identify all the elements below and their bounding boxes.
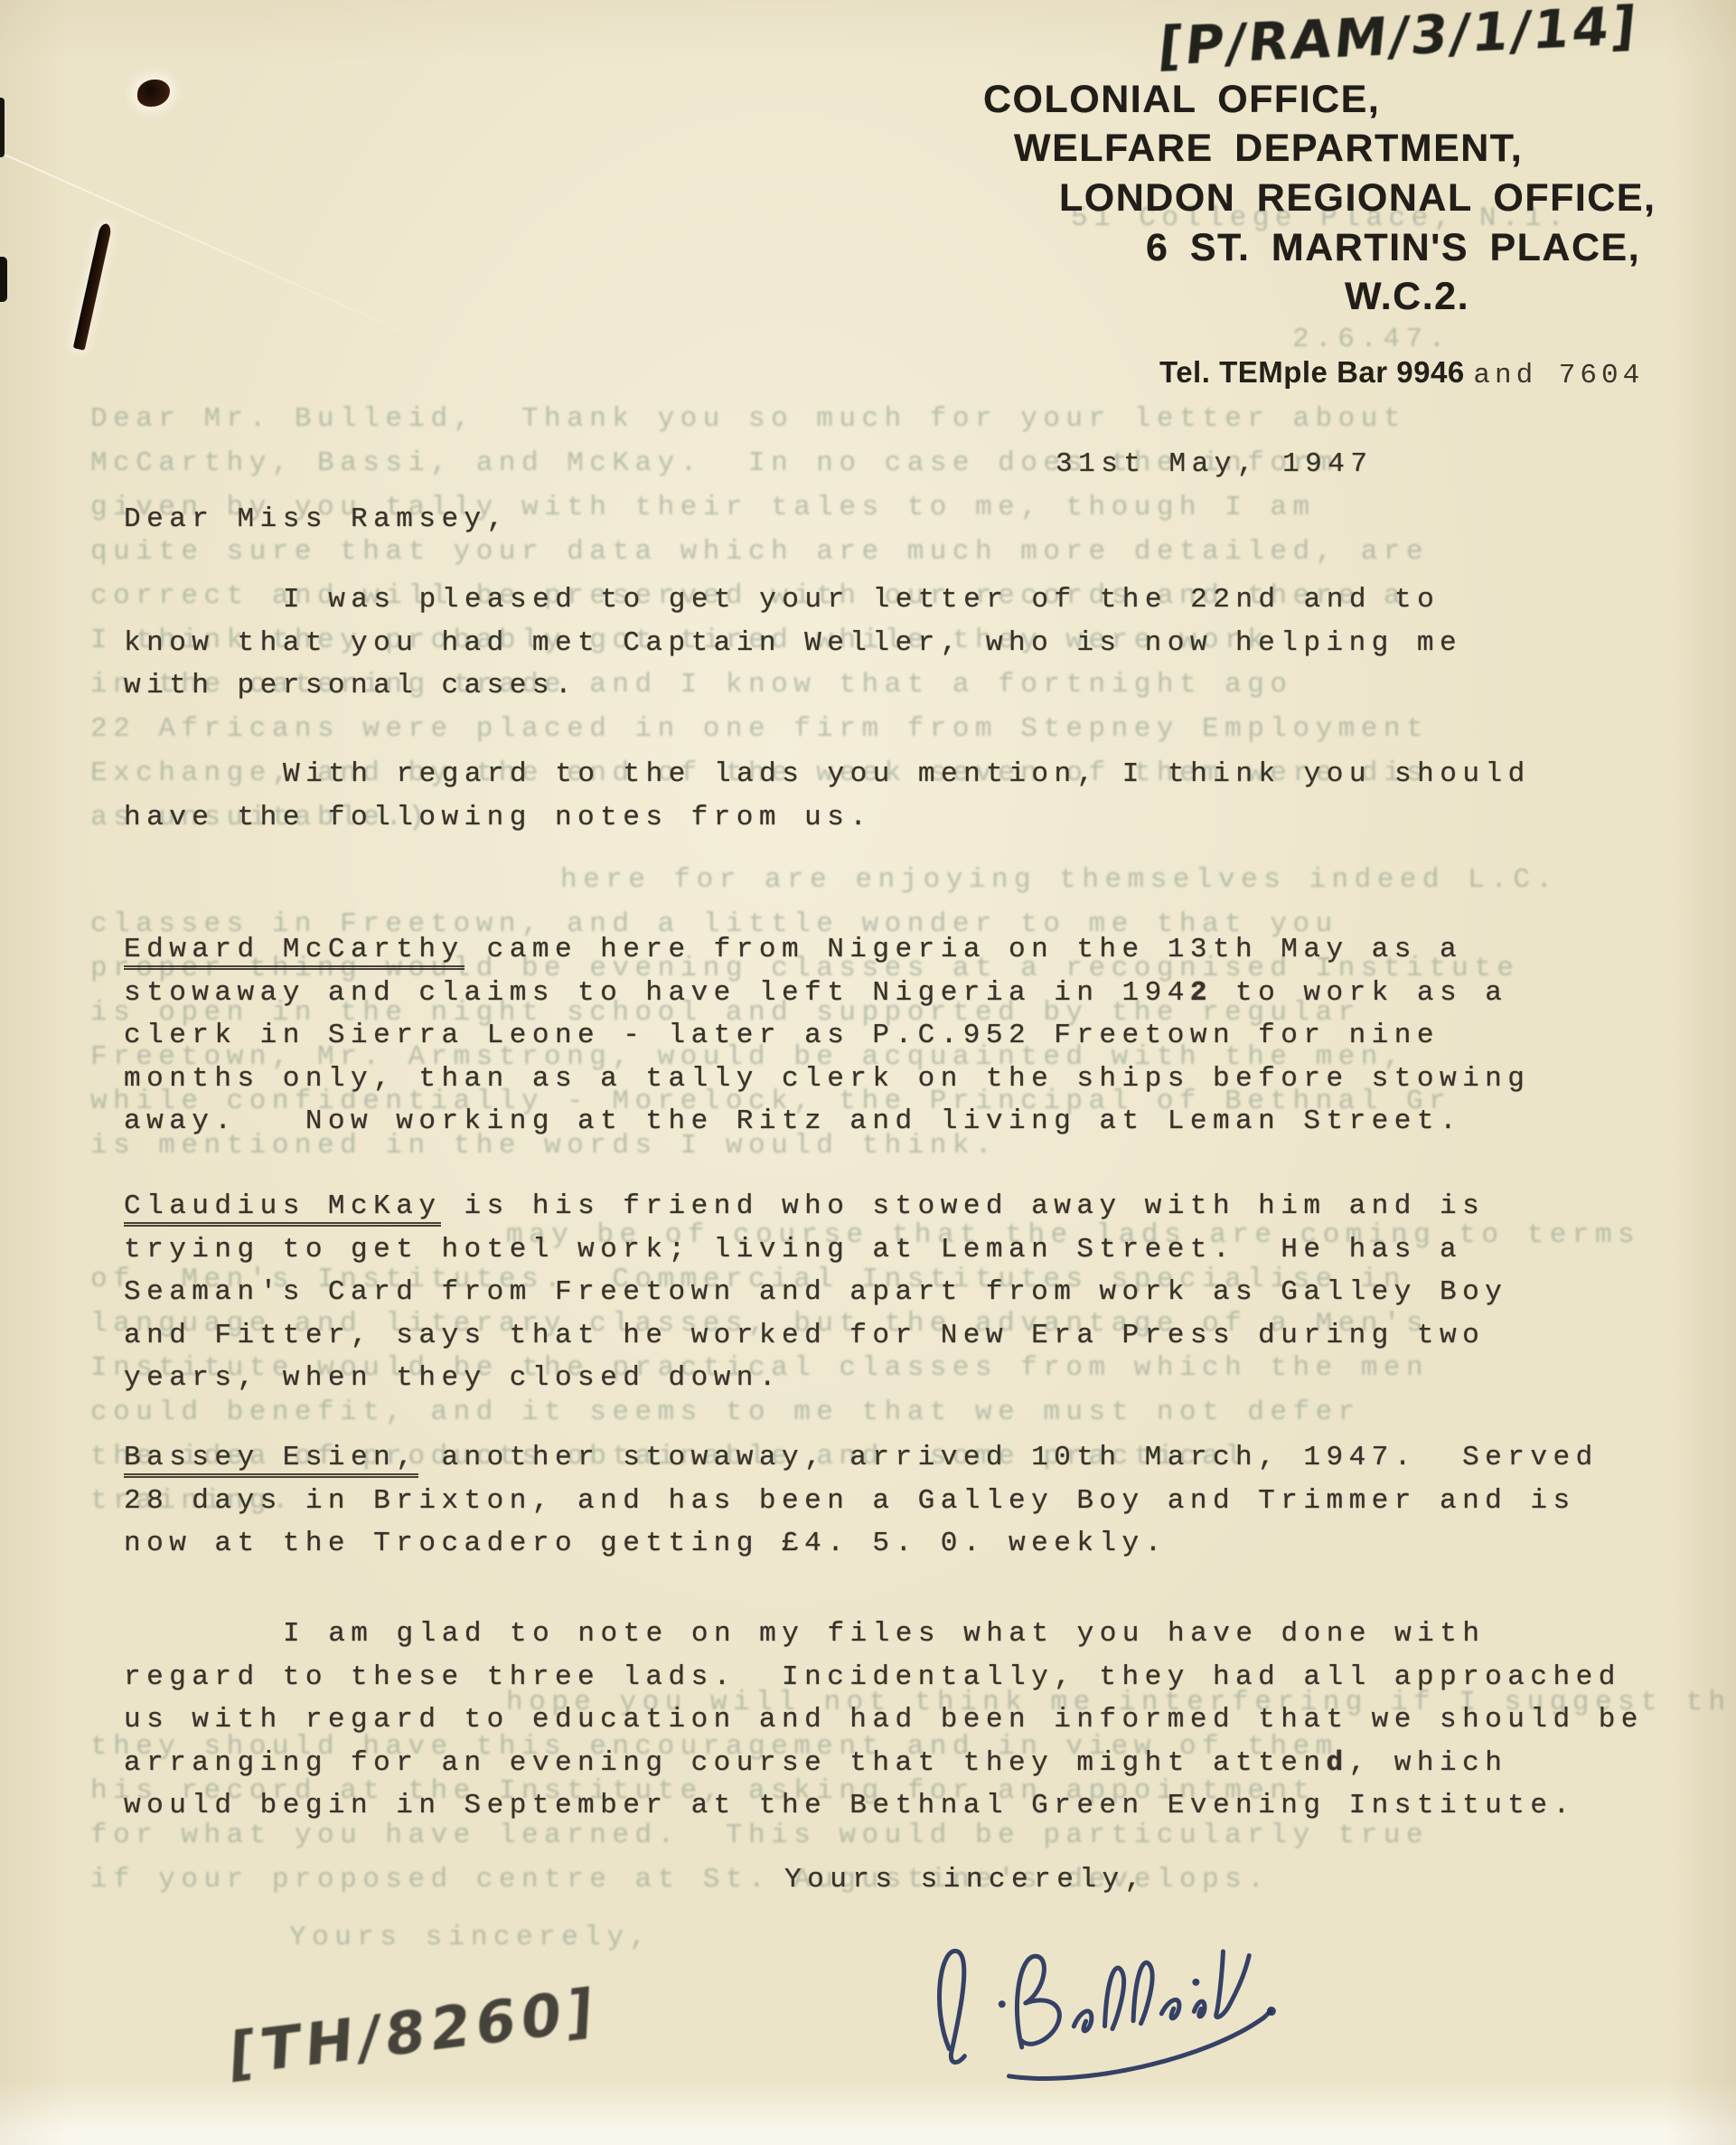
name-underlined: Bassey Esien,	[124, 1442, 418, 1478]
paragraph-mccarthy: Edward McCarthy came here from Nigeria o…	[124, 928, 1736, 1143]
overstruck-char: 2	[1190, 977, 1213, 1009]
paragraph-mckay: Claudius McKay is his friend who stowed …	[124, 1185, 1736, 1400]
paragraph: I am glad to note on my files what you h…	[124, 1613, 1736, 1828]
salutation: Dear Miss Ramsey,	[124, 498, 1736, 541]
name-underlined: Edward McCarthy	[124, 934, 464, 970]
paragraph: With regard to the lads you mention, I t…	[124, 753, 1736, 839]
letter-page: { "letterhead": { "line1": "COLONIAL OFF…	[0, 0, 1736, 2145]
overstruck-char: d	[1326, 1747, 1348, 1779]
letter-date: 31st May, 1947	[1056, 443, 1736, 486]
paragraph-esien: Bassey Esien, another stowaway, arrived …	[124, 1436, 1736, 1566]
letter-body: 31st May, 1947 Dear Miss Ramsey, I was p…	[0, 0, 1736, 2145]
paragraph: I was pleased to get your letter of the …	[124, 579, 1736, 708]
name-underlined: Claudius McKay	[124, 1190, 441, 1227]
